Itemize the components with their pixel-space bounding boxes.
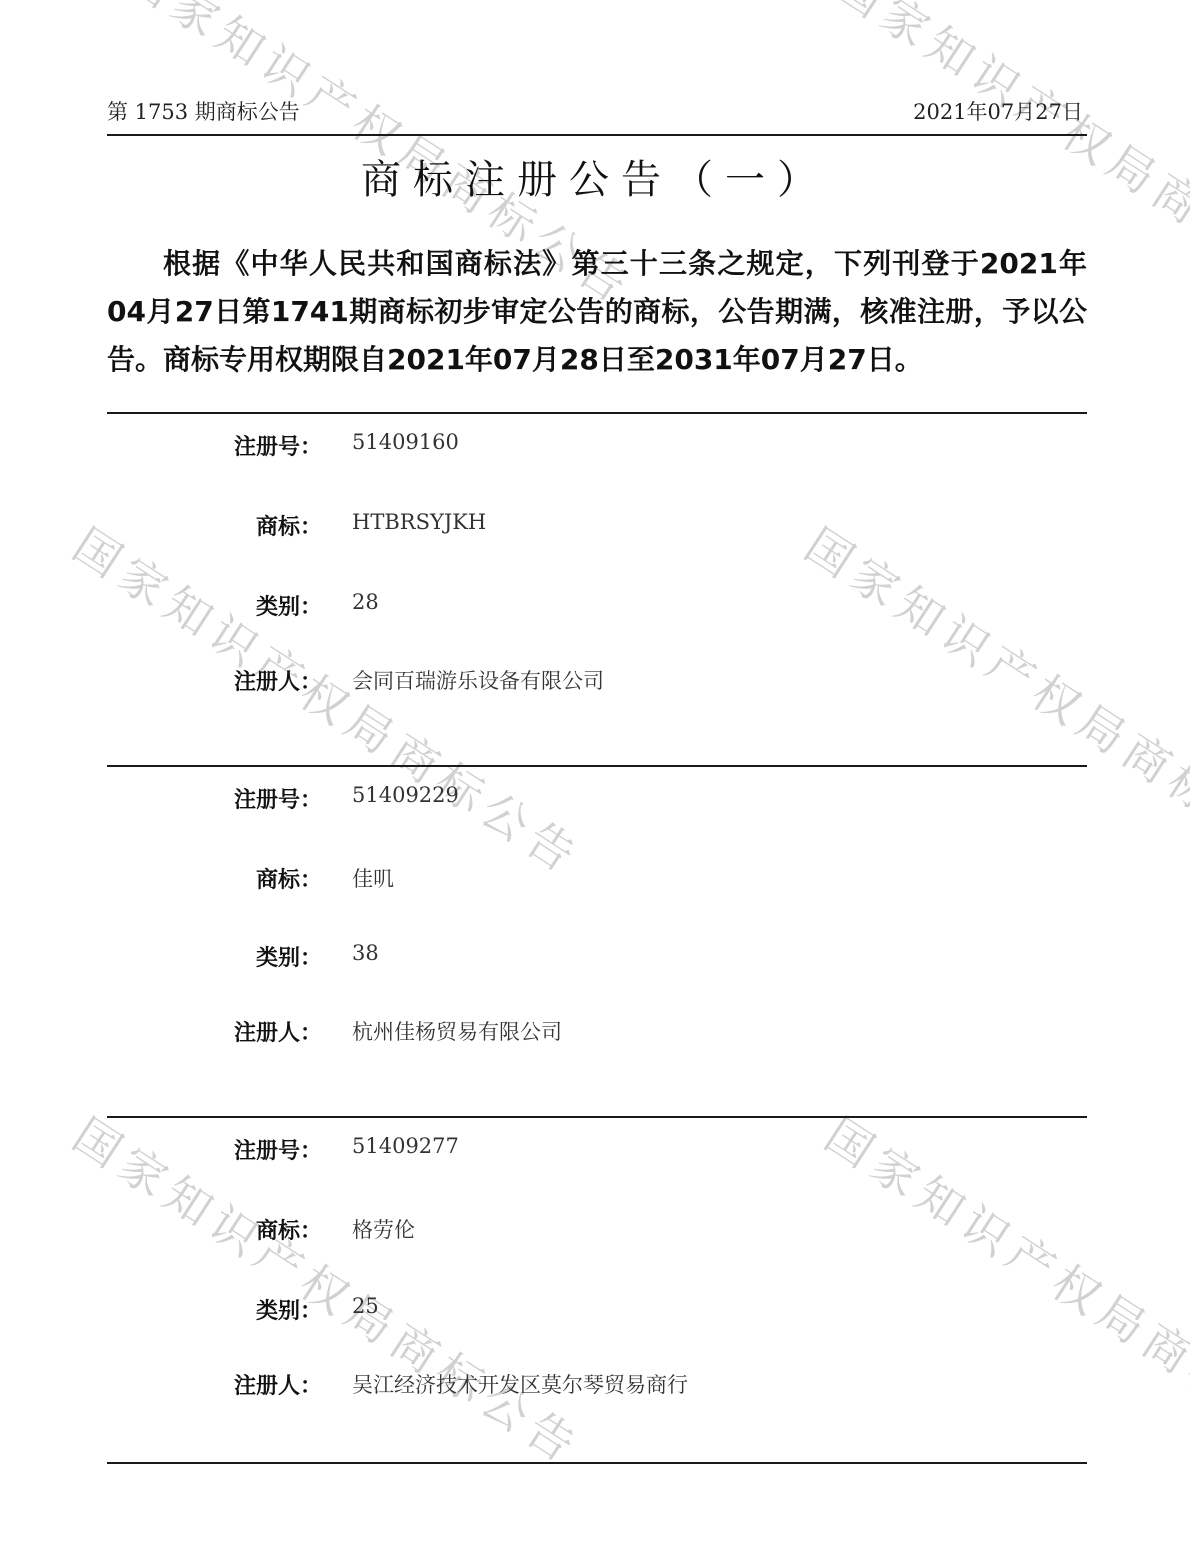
class-value: 28 [352,590,379,614]
announcement-page: 国家知识产权局商标公告 国家知识产权局商标公告 国家知识产权局商标公告 国家知识… [0,0,1190,1564]
section-divider [107,412,1087,414]
class-value: 25 [352,1294,379,1318]
mark-value: HTBRSYJKH [352,510,486,534]
mark-value: 格劳伦 [352,1214,415,1244]
registrant-value: 会同百瑞游乐设备有限公司 [352,665,604,695]
registrant-label: 注册人： [234,1369,322,1400]
watermark: 国家知识产权局商标公告 [62,510,596,889]
mark-label: 商标： [256,510,322,541]
reg-no-row: 注册号： 51409160 [0,430,1190,460]
header-rule [107,134,1087,136]
class-row: 类别： 25 [0,1294,1190,1324]
reg-no-label: 注册号： [234,783,322,814]
section-divider [107,765,1087,767]
mark-row: 商标： HTBRSYJKH [0,510,1190,540]
registrant-value: 吴江经济技术开发区莫尔琴贸易商行 [352,1369,688,1399]
mark-row: 商标： 佳叽 [0,863,1190,893]
issue-date: 2021年07月27日 [913,96,1083,126]
registrant-row: 注册人： 会同百瑞游乐设备有限公司 [0,665,1190,695]
reg-no-row: 注册号： 51409277 [0,1134,1190,1164]
mark-row: 商标： 格劳伦 [0,1214,1190,1244]
class-value: 38 [352,941,379,965]
watermark: 国家知识产权局商标公告 [794,510,1190,889]
registrant-value: 杭州佳杨贸易有限公司 [352,1016,562,1046]
class-row: 类别： 28 [0,590,1190,620]
reg-no-value: 51409277 [352,1134,459,1158]
class-label: 类别： [256,590,322,621]
registrant-label: 注册人： [234,665,322,696]
running-header: 第 1753 期商标公告 2021年07月27日 [107,96,1083,126]
reg-no-label: 注册号： [234,430,322,461]
mark-label: 商标： [256,863,322,894]
class-row: 类别： 38 [0,941,1190,971]
page-title: 商标注册公告（一） [0,148,1190,205]
reg-no-row: 注册号： 51409229 [0,783,1190,813]
section-divider [107,1462,1087,1464]
registrant-label: 注册人： [234,1016,322,1047]
class-label: 类别： [256,1294,322,1325]
reg-no-label: 注册号： [234,1134,322,1165]
registrant-row: 注册人： 吴江经济技术开发区莫尔琴贸易商行 [0,1369,1190,1399]
issue-number: 第 1753 期商标公告 [107,96,300,126]
reg-no-value: 51409160 [352,430,459,454]
section-divider [107,1116,1087,1118]
mark-label: 商标： [256,1214,322,1245]
class-label: 类别： [256,941,322,972]
mark-value: 佳叽 [352,863,394,893]
registrant-row: 注册人： 杭州佳杨贸易有限公司 [0,1016,1190,1046]
reg-no-value: 51409229 [352,783,459,807]
intro-paragraph: 根据《中华人民共和国商标法》第三十三条之规定，下列刊登于2021年04月27日第… [107,240,1087,384]
